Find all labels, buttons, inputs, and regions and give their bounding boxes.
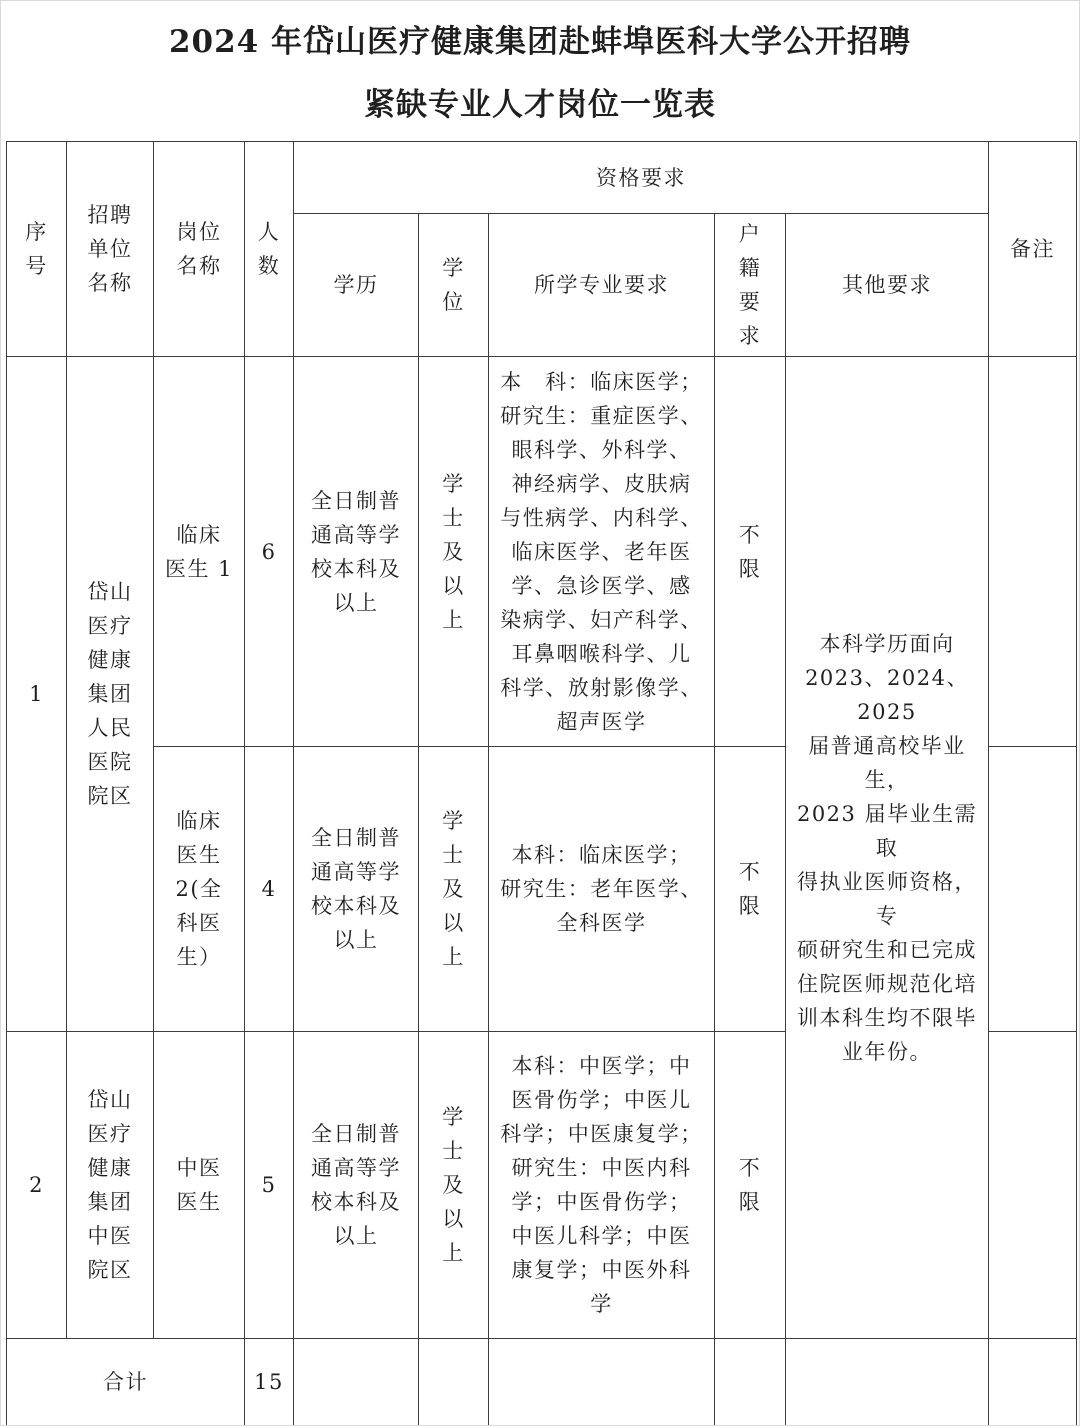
title-line-1: 2024 年岱山医疗健康集团赴蚌埠医科大学公开招聘	[1, 11, 1079, 74]
cell-serial: 1	[7, 357, 67, 1032]
cell-unit: 岱山 医疗 健康 集团 中医 院区	[67, 1032, 154, 1339]
total-label-cell: 合计	[7, 1339, 245, 1426]
title-line-2: 紧缺专业人才岗位一览表	[1, 74, 1079, 137]
total-empty-cell-residency	[715, 1339, 786, 1426]
cell-degree: 学 士 及 以 上	[419, 747, 489, 1032]
cell-position: 临床 医生 2(全 科医 生）	[154, 747, 245, 1032]
header-cell-serial: 序 号	[7, 142, 67, 357]
cell-education: 全日制普 通高等学 校本科及 以上	[294, 1032, 419, 1339]
document-title: 2024 年岱山医疗健康集团赴蚌埠医科大学公开招聘 紧缺专业人才岗位一览表	[1, 1, 1079, 141]
header-cell-count: 人 数	[245, 142, 294, 357]
cell-position: 临床 医生 1	[154, 357, 245, 747]
document-page: 2024 年岱山医疗健康集团赴蚌埠医科大学公开招聘 紧缺专业人才岗位一览表 序 …	[0, 0, 1080, 1426]
header-cell-unit: 招聘 单位 名称	[67, 142, 154, 357]
header-cell-remark: 备注	[989, 142, 1077, 357]
total-empty-cell-education	[294, 1339, 419, 1426]
header-cell-residency: 户 籍 要 求	[715, 214, 786, 357]
cell-degree: 学 士 及 以 上	[419, 357, 489, 747]
cell-count: 6	[245, 357, 294, 747]
cell-residency: 不 限	[715, 357, 786, 747]
cell-major: 本科：中医学；中 医骨伤学；中医儿 科学；中医康复学； 研究生：中医内科 学；中…	[489, 1032, 715, 1339]
cell-education: 全日制普 通高等学 校本科及 以上	[294, 357, 419, 747]
cell-degree: 学 士 及 以 上	[419, 1032, 489, 1339]
cell-count: 5	[245, 1032, 294, 1339]
header-cell-major: 所学专业要求	[489, 214, 715, 357]
cell-major: 本 科：临床医学； 研究生：重症医学、 眼科学、外科学、 神经病学、皮肤病 与性…	[489, 357, 715, 747]
total-count-cell: 15	[245, 1339, 294, 1426]
cell-unit: 岱山 医疗 健康 集团 人民 医院 院区	[67, 357, 154, 1032]
positions-table: 序 号 招聘 单位 名称 岗位 名称 人 数 资格要求 备注 学历 学 位 所学…	[6, 141, 1077, 1426]
total-empty-cell-other	[786, 1339, 989, 1426]
cell-other-requirement: 本科学历面向 2023、2024、2025 届普通高校毕业生， 2023 届毕业…	[786, 357, 989, 1339]
cell-major: 本科：临床医学； 研究生：老年医学、 全科医学	[489, 747, 715, 1032]
cell-remark	[989, 357, 1077, 747]
cell-education: 全日制普 通高等学 校本科及 以上	[294, 747, 419, 1032]
cell-count: 4	[245, 747, 294, 1032]
total-empty-cell-major	[489, 1339, 715, 1426]
cell-position: 中医 医生	[154, 1032, 245, 1339]
cell-residency: 不 限	[715, 747, 786, 1032]
cell-residency: 不 限	[715, 1032, 786, 1339]
cell-remark	[989, 747, 1077, 1032]
header-cell-other: 其他要求	[786, 214, 989, 357]
header-cell-position: 岗位 名称	[154, 142, 245, 357]
total-empty-cell-remark	[989, 1339, 1077, 1426]
cell-remark	[989, 1032, 1077, 1339]
cell-serial: 2	[7, 1032, 67, 1339]
header-cell-education: 学历	[294, 214, 419, 357]
header-cell-degree: 学 位	[419, 214, 489, 357]
total-empty-cell-degree	[419, 1339, 489, 1426]
header-cell-qualification: 资格要求	[294, 142, 989, 214]
